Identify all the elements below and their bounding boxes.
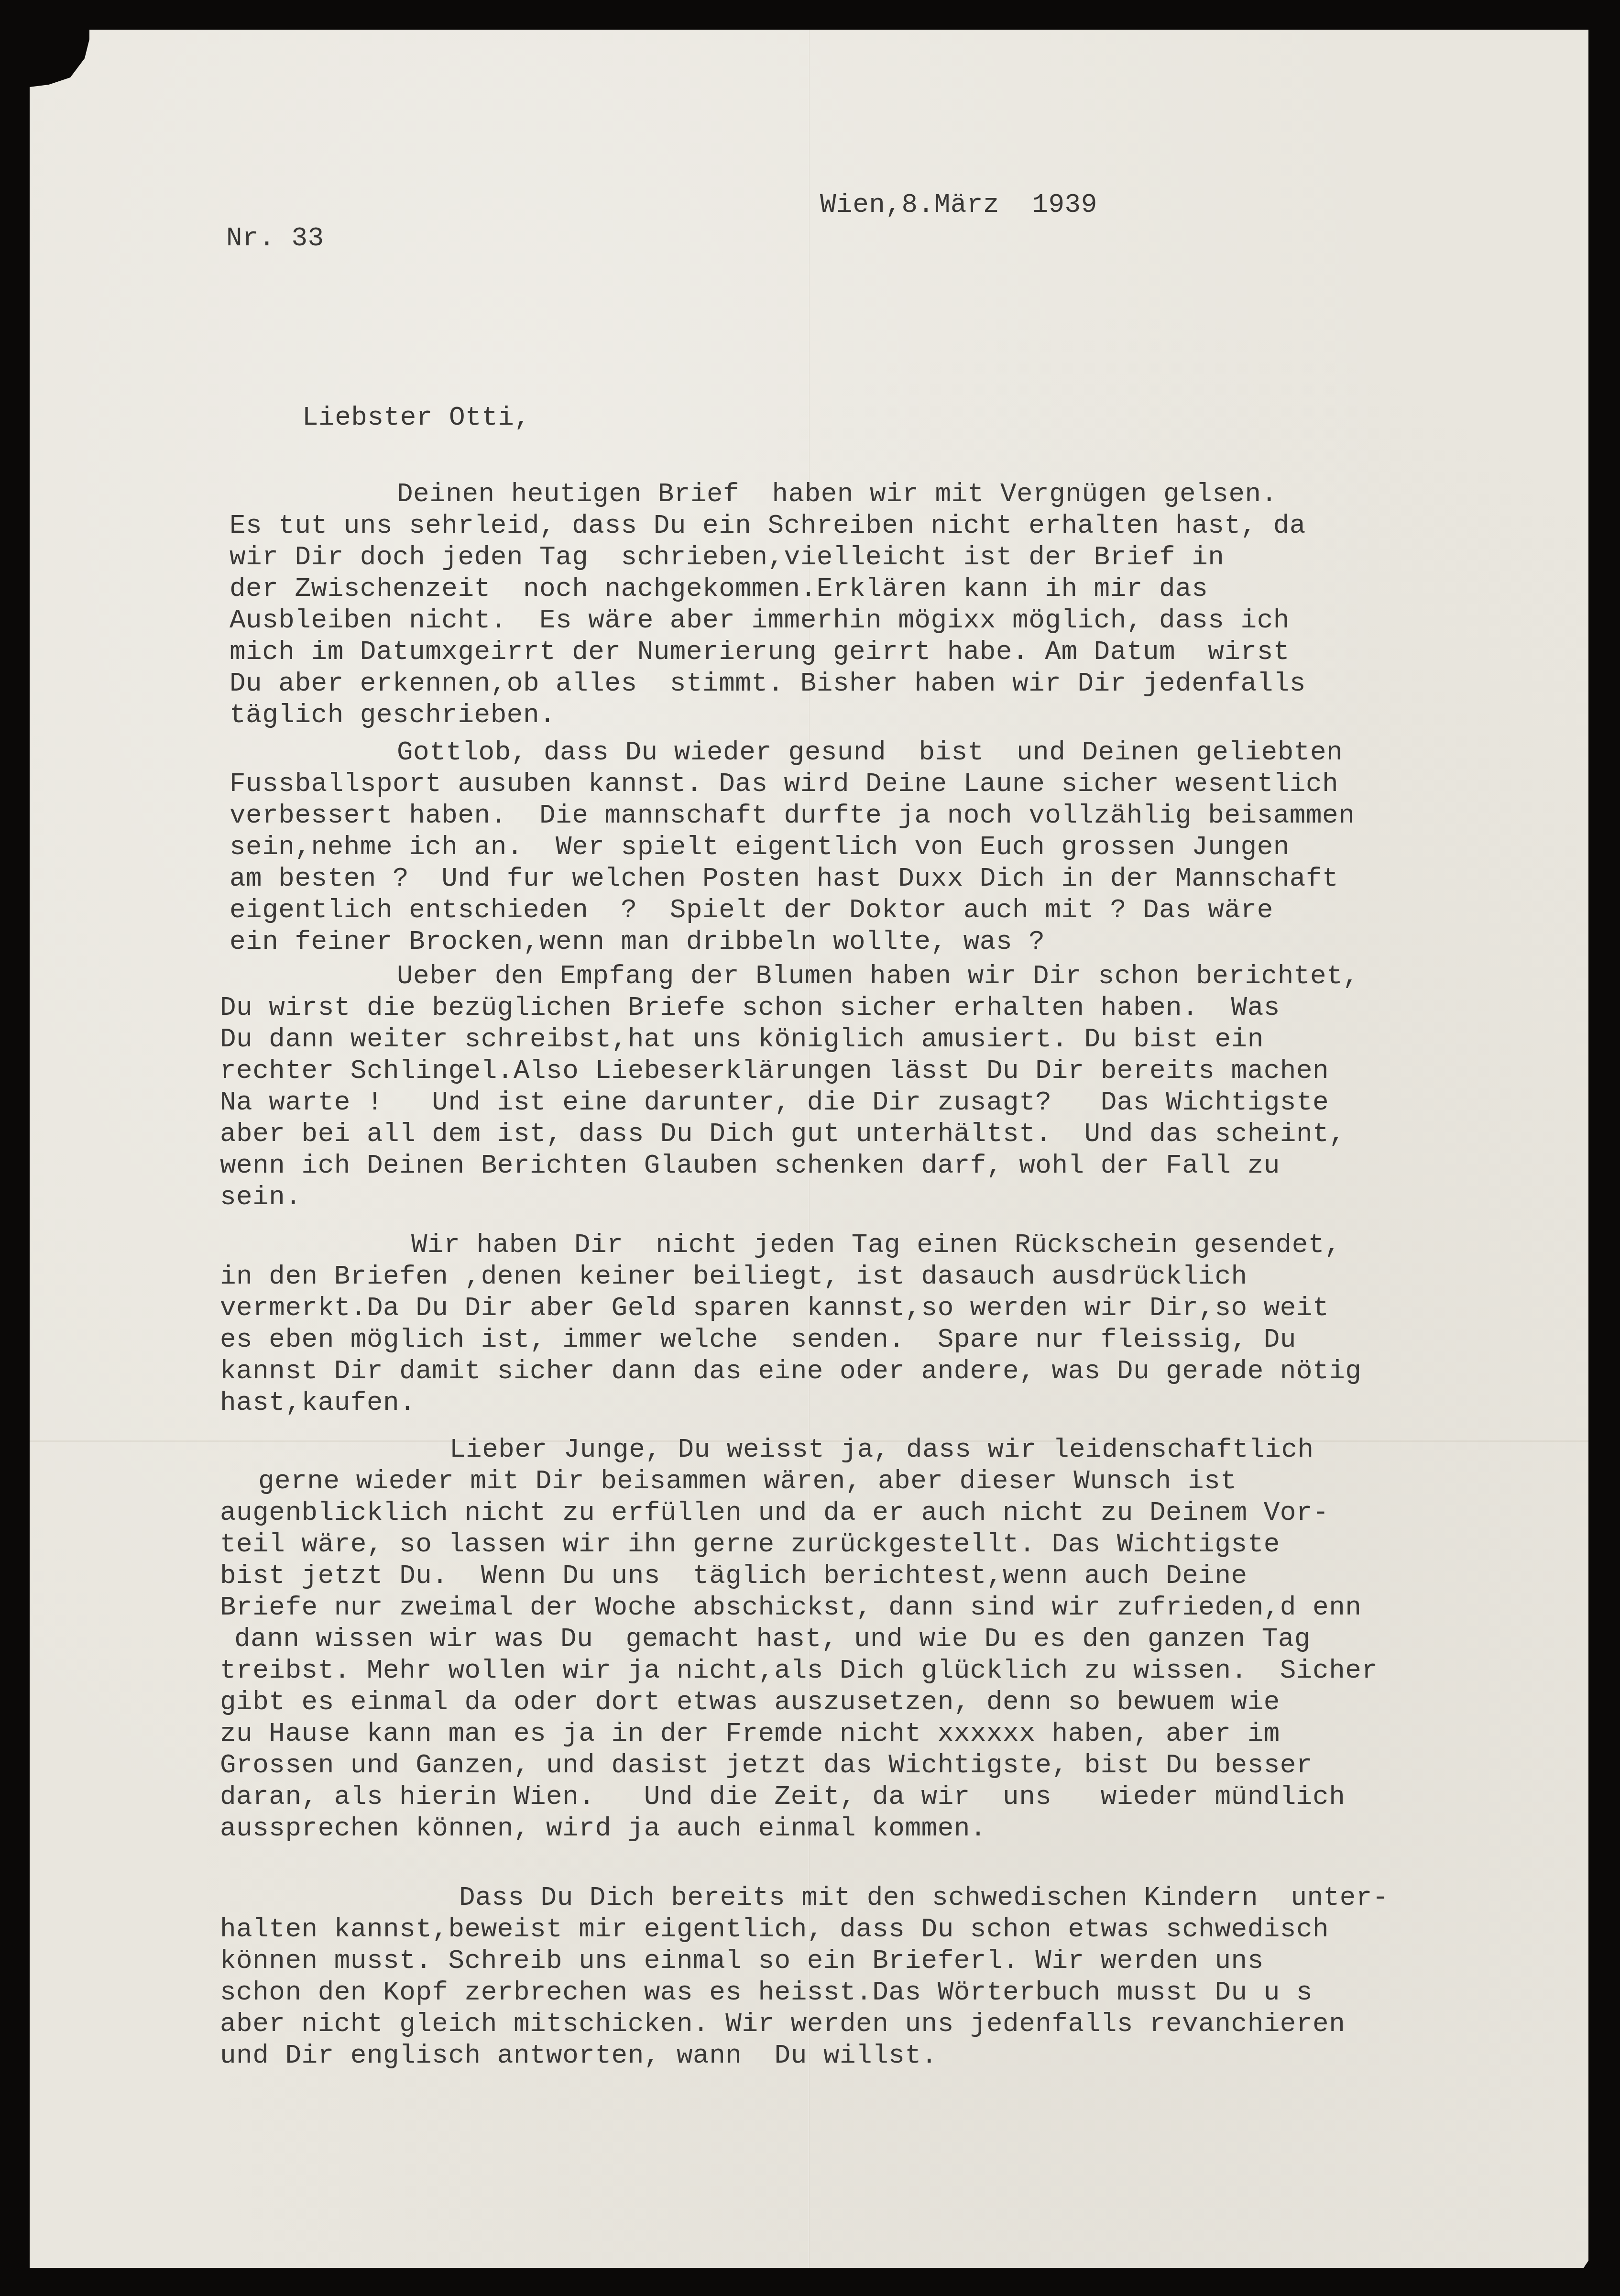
body-line: teil wäre, so lassen wir ihn gerne zurüc… [220,1528,1280,1560]
body-line: wenn ich Deinen Berichten Glauben schenk… [220,1150,1280,1181]
letter-number: Nr. 33 [226,222,324,254]
body-line: Es tut uns sehrleid, dass Du ein Schreib… [230,510,1306,541]
body-line: gerne wieder mit Dir beisammen wären, ab… [258,1465,1237,1497]
body-line: Fussballsport ausuben kannst. Das wird D… [230,768,1338,800]
body-line: aber bei all dem ist, dass Du Dich gut u… [220,1118,1345,1150]
body-line: Gottlob, dass Du wieder gesund bist und … [397,736,1343,768]
body-line: Wir haben Dir nicht jeden Tag einen Rück… [411,1229,1341,1261]
body-line: ein feiner Brocken,wenn man dribbeln wol… [230,926,1045,957]
body-line: treibst. Mehr wollen wir ja nicht,als Di… [220,1655,1378,1686]
body-line: es eben möglich ist, immer welche senden… [220,1324,1296,1355]
body-line: Ueber den Empfang der Blumen haben wir D… [397,960,1359,992]
place-date: Wien,8.März 1939 [820,189,1097,220]
body-line: und Dir englisch antworten, wann Du will… [220,2040,938,2071]
body-line: aber nicht gleich mitschicken. Wir werde… [220,2008,1345,2040]
body-line: daran, als hierin Wien. Und die Zeit, da… [220,1781,1345,1813]
body-line: Dass Du Dich bereits mit den schwedische… [459,1882,1389,1913]
salutation: Liebster Otti, [302,402,530,433]
body-line: hast,kaufen. [220,1387,416,1418]
body-line: kannst Dir damit sicher dann das eine od… [220,1355,1361,1387]
body-line: sein,nehme ich an. Wer spielt eigentlich… [230,831,1290,863]
body-line: der Zwischenzeit noch nachgekommen.Erklä… [230,573,1208,604]
body-line: halten kannst,beweist mir eigentlich, da… [220,1913,1329,1945]
body-line: können musst. Schreib uns einmal so ein … [220,1945,1264,1977]
body-line: bist jetzt Du. Wenn Du uns täglich beric… [220,1560,1248,1592]
body-line: wir Dir doch jeden Tag schrieben,viellei… [230,541,1224,573]
body-line: sein. [220,1181,302,1213]
body-line: in den Briefen ,denen keiner beiliegt, i… [220,1261,1248,1292]
body-line: augenblicklich nicht zu erfüllen und da … [220,1497,1329,1528]
body-line: rechter Schlingel.Also Liebeserklärungen… [220,1055,1329,1087]
body-line: Du aber erkennen,ob alles stimmt. Bisher… [230,668,1306,699]
body-line: vermerkt.Da Du Dir aber Geld sparen kann… [220,1292,1329,1324]
body-line: schon den Kopf zerbrechen was es heisst.… [220,1977,1313,2008]
body-line: Ausbleiben nicht. Es wäre aber immerhin … [230,604,1290,636]
body-line: täglich geschrieben. [230,699,556,731]
body-line: Briefe nur zweimal der Woche abschickst,… [220,1592,1361,1623]
body-line: Du dann weiter schreibst,hat uns königli… [220,1023,1264,1055]
body-line: eigentlich entschieden ? Spielt der Dokt… [230,894,1273,926]
body-line: Deinen heutigen Brief haben wir mit Verg… [397,478,1278,510]
body-line: Grossen und Ganzen, und dasist jetzt das… [220,1749,1313,1781]
body-line: am besten ? Und fur welchen Posten hast … [230,863,1338,894]
body-line: aussprechen können, wird ja auch einmal … [220,1813,986,1844]
body-line: zu Hause kann man es ja in der Fremde ni… [220,1718,1280,1749]
body-line: mich im Datumxgeirrt der Numerierung gei… [230,636,1290,668]
body-line: Du wirst die bezüglichen Briefe schon si… [220,992,1280,1023]
body-line: gibt es einmal da oder dort etwas auszus… [220,1686,1280,1718]
body-line: verbessert haben. Die mannschaft durfte … [230,800,1355,831]
body-line: Lieber Junge, Du weisst ja, dass wir lei… [449,1434,1314,1465]
body-line: dann wissen wir was Du gemacht hast, und… [234,1623,1311,1655]
body-line: Na warte ! Und ist eine darunter, die Di… [220,1087,1329,1118]
